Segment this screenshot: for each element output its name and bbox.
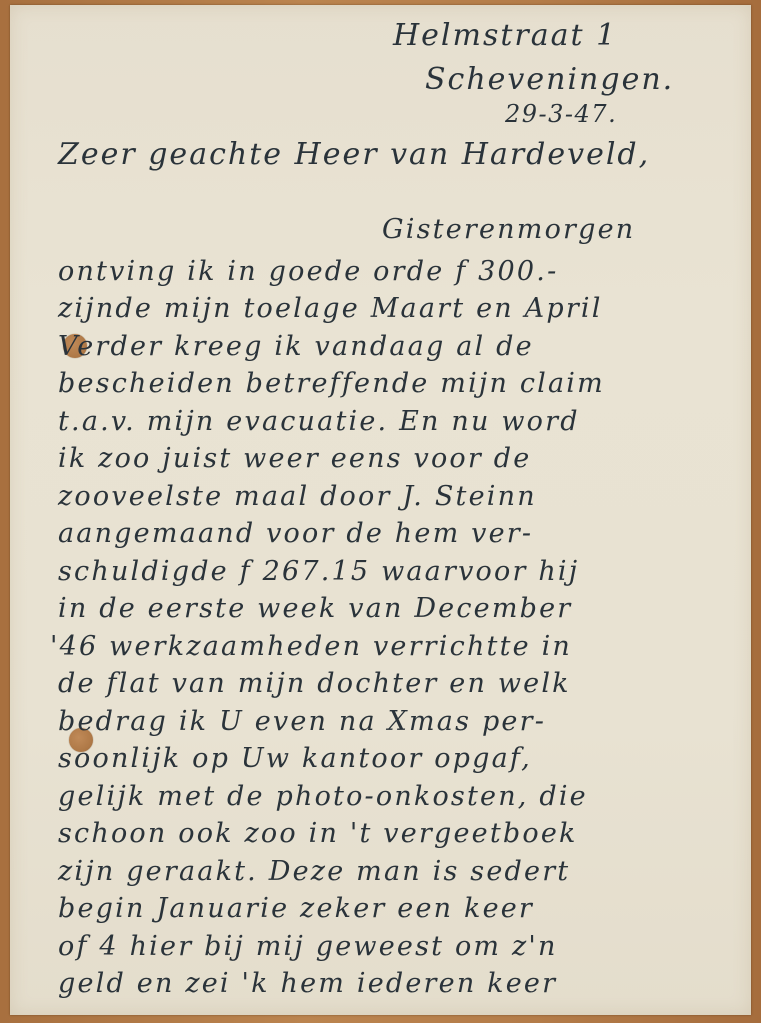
body-line: of 4 hier bij mij geweest om z'n [58,931,558,962]
body-line: '46 werkzaamheden verrichtte in [50,631,572,662]
body-line: aangemaand voor de hem ver- [58,518,533,549]
body-line: zijn geraakt. Deze man is sedert [58,856,570,887]
salutation: Zeer geachte Heer van Hardeveld, [58,137,650,172]
body-line: schoon ook zoo in 't vergeetboek [58,818,578,849]
body-line: schuldigde f 267.15 waarvoor hij [58,556,579,587]
body-line: zijnde mijn toelage Maart en April [58,293,603,324]
body-line: t.a.v. mijn evacuatie. En nu word [58,406,580,437]
body-line: ik zoo juist weer eens voor de [58,443,531,474]
body-line: de flat van mijn dochter en welk [58,668,571,699]
body-line: zooveelste maal door J. Steinn [58,481,537,512]
body-line: begin Januarie zeker een keer [58,893,534,924]
body-line: ontving ik in goede orde f 300.- [58,256,558,287]
body-line: bedrag ik U even na Xmas per- [58,706,546,737]
body-line: Verder kreeg ik vandaag al de [58,331,534,362]
body-line: soonlijk op Uw kantoor opgaf, [58,743,532,774]
body-line: gelijk met de photo-onkosten, die [58,781,588,812]
body-line: Gisterenmorgen [382,214,635,245]
header-date: 29-3-47. [505,100,617,128]
body-line: in de eerste week van December [58,593,572,624]
body-line: bescheiden betreffende mijn claim [58,368,605,399]
header-street: Helmstraat 1 [393,18,617,53]
body-line: geld en zei 'k hem iederen keer [58,968,557,999]
header-city: Scheveningen. [425,62,674,97]
